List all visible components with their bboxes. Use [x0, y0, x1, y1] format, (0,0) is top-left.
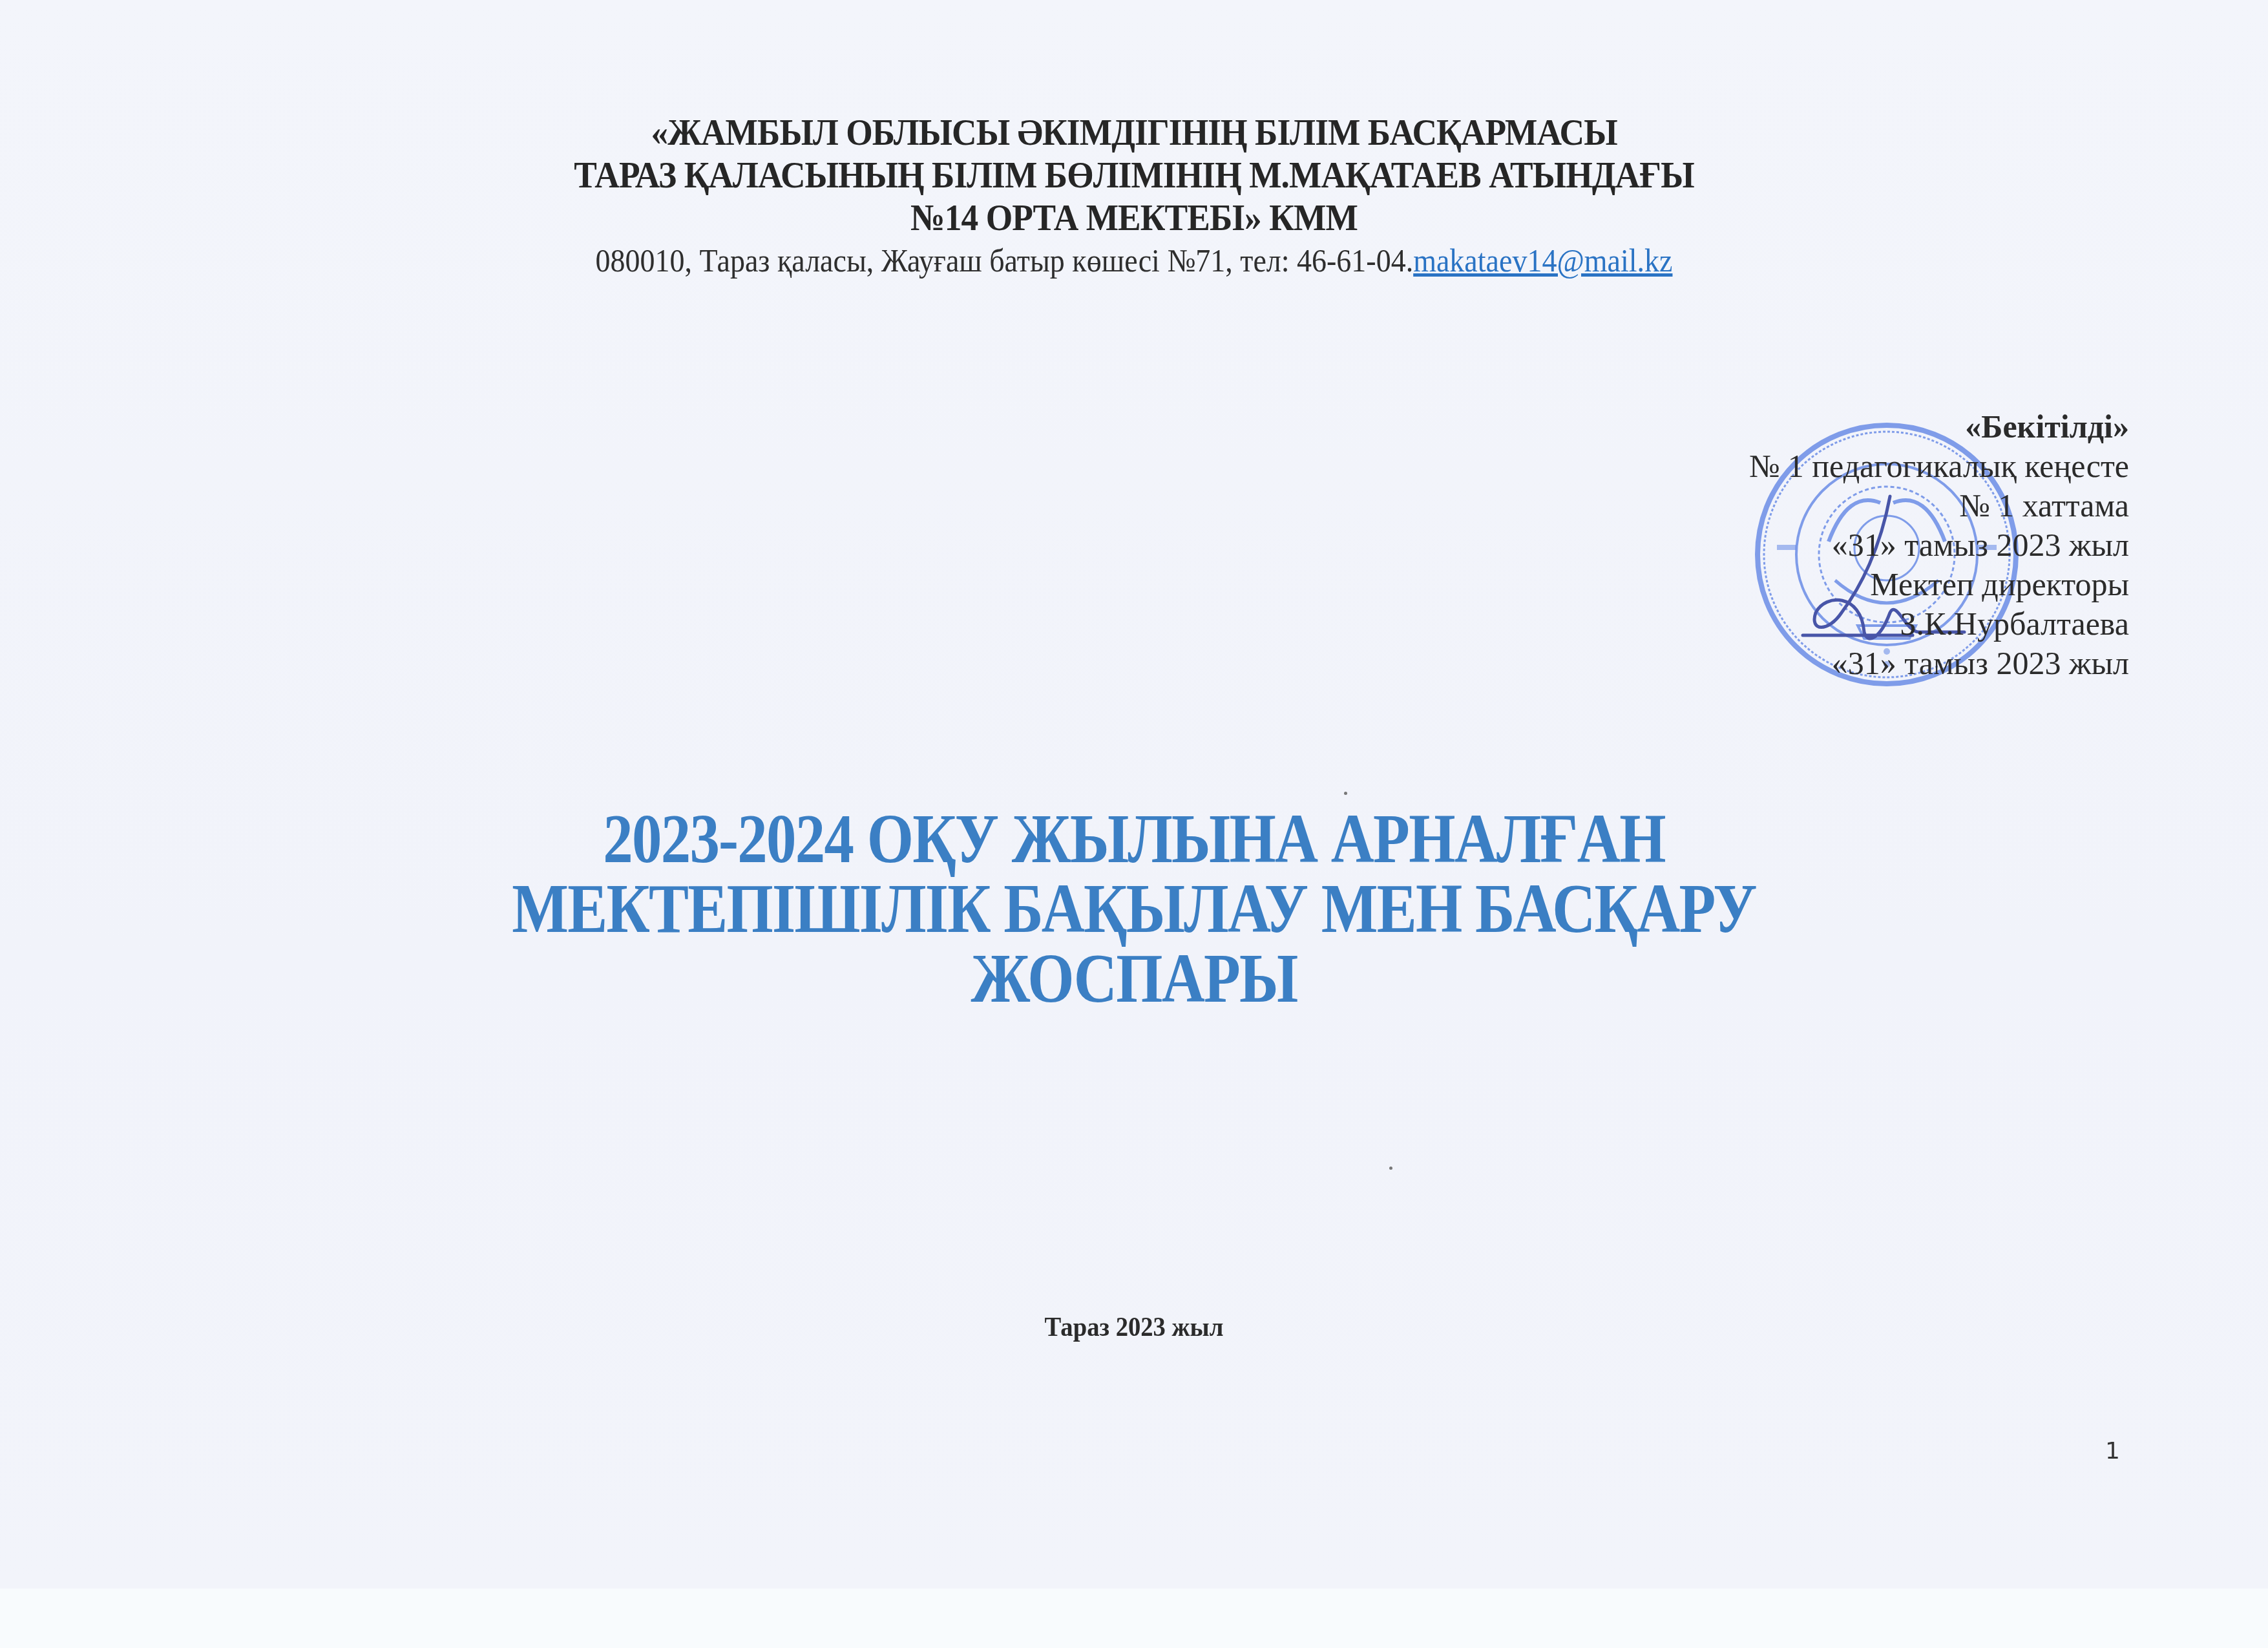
- title-line-3: ЖОСПАРЫ: [159, 944, 2110, 1014]
- address-line: 080010, Тараз қаласы, Жауғаш батыр көшес…: [90, 239, 2177, 282]
- approval-line-council: № 1 педагогикалық кеңесте: [1749, 447, 2129, 486]
- approval-block: «Бекітілді» № 1 педагогикалық кеңесте № …: [1749, 407, 2129, 683]
- approved-heading: «Бекітілді»: [1749, 407, 2129, 447]
- approval-line-date-1: «31» тамыз 2023 жыл: [1749, 525, 2129, 565]
- scan-margin: [0, 1589, 2268, 1648]
- approval-line-date-2: «31» тамыз 2023 жыл: [1749, 644, 2129, 683]
- approval-line-protocol: № 1 хаттама: [1749, 486, 2129, 525]
- scan-speck: [1344, 792, 1347, 795]
- email-link[interactable]: makataev14@mail.kz: [1413, 242, 1672, 279]
- address-text: 080010, Тараз қаласы, Жауғаш батыр көшес…: [596, 242, 1414, 279]
- letterhead: «ЖАМБЫЛ ОБЛЫСЫ ӘКІМДІГІНІҢ БІЛІМ БАСҚАРМ…: [0, 111, 2268, 282]
- document-title: 2023-2024 ОҚУ ЖЫЛЫНА АРНАЛҒАН МЕКТЕПІШІЛ…: [0, 805, 2268, 1014]
- org-line-2: ТАРАЗ ҚАЛАСЫНЫҢ БІЛІМ БӨЛІМІНІҢ М.МАҚАТА…: [90, 154, 2177, 196]
- org-line-1: «ЖАМБЫЛ ОБЛЫСЫ ӘКІМДІГІНІҢ БІЛІМ БАСҚАРМ…: [90, 111, 2177, 154]
- scan-speck: [1389, 1167, 1392, 1170]
- title-line-2: МЕКТЕПІШІЛІК БАҚЫЛАУ МЕН БАСҚАРУ: [159, 874, 2110, 944]
- page-number: 1: [2105, 1438, 2120, 1464]
- document-page: «ЖАМБЫЛ ОБЛЫСЫ ӘКІМДІГІНІҢ БІЛІМ БАСҚАРМ…: [0, 0, 2268, 1589]
- org-line-3: №14 ОРТА МЕКТЕБІ» КММ: [90, 196, 2177, 239]
- approval-line-position: Мектеп директоры: [1749, 565, 2129, 604]
- approval-line-director-name: З.К.Нурбалтаева: [1749, 604, 2129, 644]
- title-line-1: 2023-2024 ОҚУ ЖЫЛЫНА АРНАЛҒАН: [159, 805, 2110, 874]
- place-year: Тараз 2023 жыл: [90, 1312, 2177, 1343]
